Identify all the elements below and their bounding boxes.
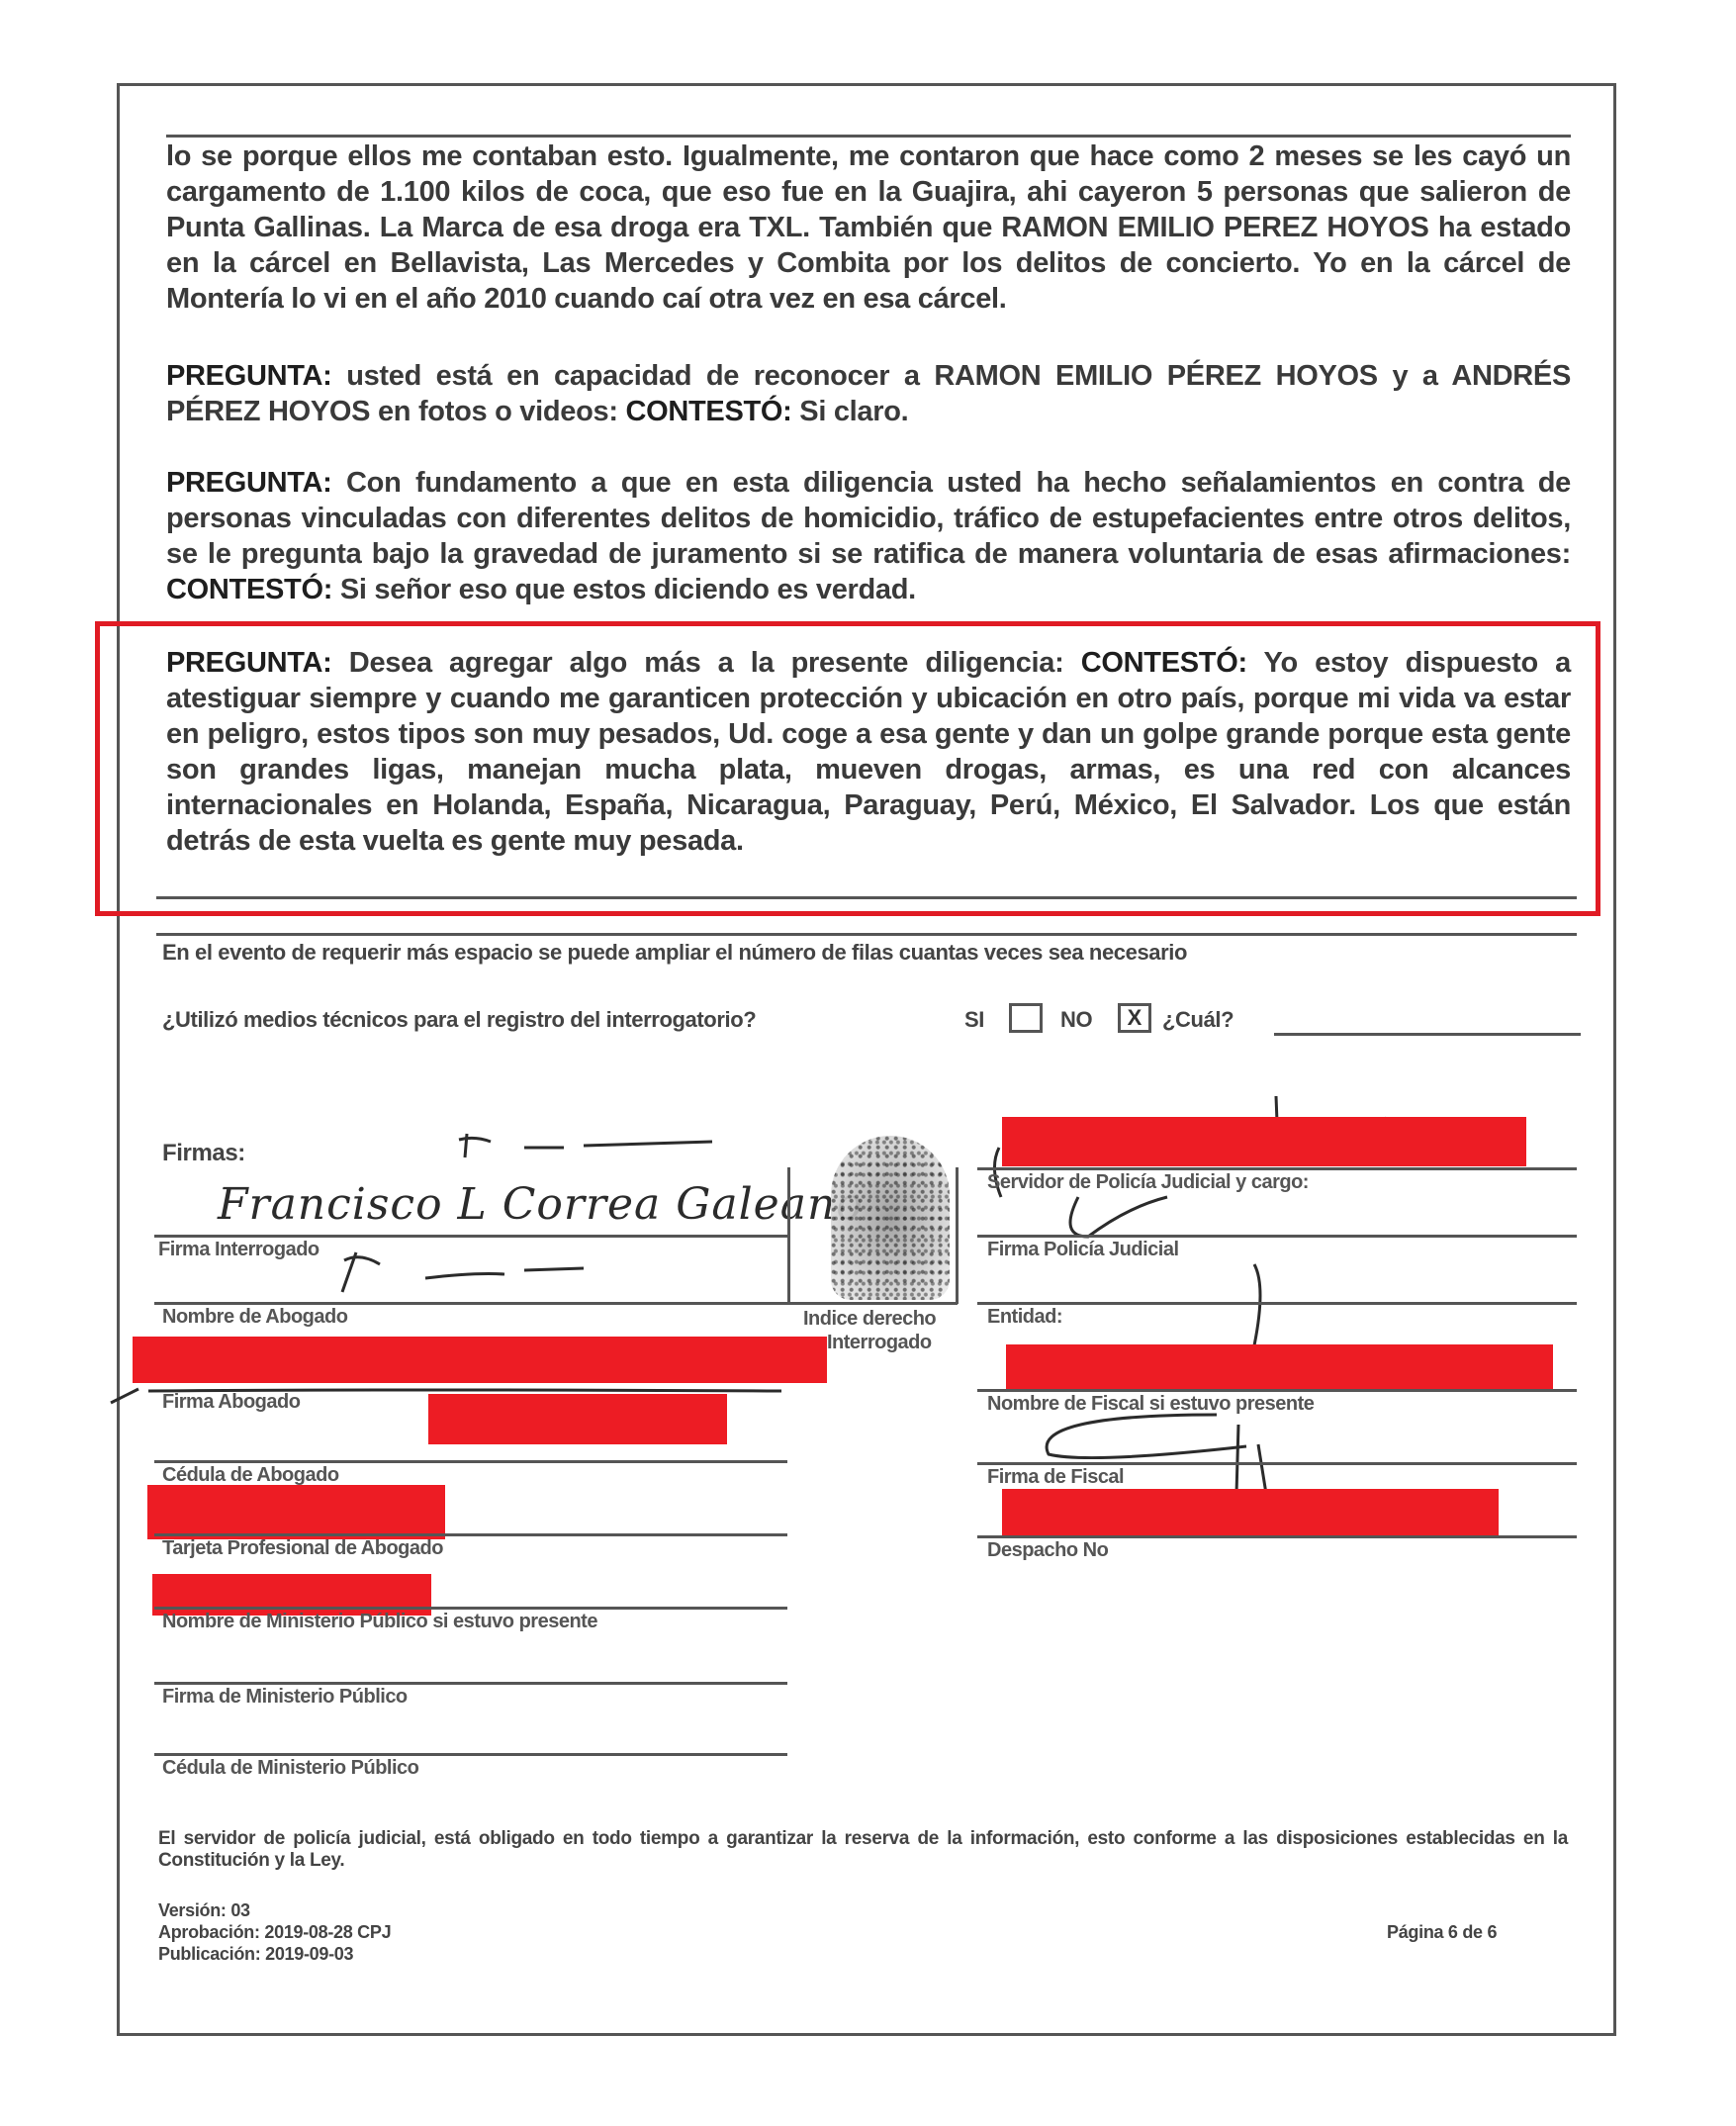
question-label: PREGUNTA: [166,647,332,679]
tarjeta-profesional-label: Tarjeta Profesional de Abogado [162,1537,443,1560]
firmas-label: Firmas: [162,1140,245,1167]
nombre-abogado-label: Nombre de Abogado [162,1306,347,1329]
question-label: PREGUNTA: [166,360,332,392]
answer-text: Si claro. [792,396,909,427]
confidentiality-note: El servidor de policía judicial, está ob… [158,1828,1568,1872]
fingerprint-image [831,1136,950,1300]
question-label: PREGUNTA: [166,467,332,499]
nombre-fiscal-line[interactable] [977,1389,1577,1392]
signature-scribble-icon [455,1128,732,1167]
check-mark-x: X [1128,1005,1142,1030]
firma-ministerio-label: Firma de Ministerio Público [162,1686,408,1709]
redaction-servidor [1002,1117,1526,1166]
no-label: NO [1060,1007,1092,1033]
section-rule [156,933,1577,936]
firma-policia-line[interactable] [977,1235,1577,1238]
extra-space-note: En el evento de requerir más espacio se … [162,940,1187,966]
firma-interrogado-line[interactable] [154,1235,787,1238]
cual-label: ¿Cuál? [1162,1007,1233,1033]
question-text: Con fundamento a que en esta diligencia … [166,467,1571,570]
answer-label: CONTESTÓ: [625,396,791,427]
nombre-ministerio-label: Nombre de Ministerio Público si estuvo p… [162,1611,597,1633]
qa-block-1: PREGUNTA: usted está en capacidad de rec… [166,358,1571,429]
cedula-abogado-label: Cédula de Abogado [162,1464,339,1487]
publicacion-text: Publicación: 2019-09-03 [158,1943,353,1965]
nombre-fiscal-label: Nombre de Fiscal si estuvo presente [987,1393,1314,1416]
cual-answer-line[interactable] [1274,1033,1581,1036]
despacho-line[interactable] [977,1535,1577,1538]
entidad-label: Entidad: [987,1306,1062,1329]
redaction-firma-fiscal [1002,1489,1499,1538]
qa-block-3-highlighted: PREGUNTA: Desea agregar algo más a la pr… [166,645,1571,859]
fingerprint-label-2: Interrogado [827,1332,932,1354]
entidad-line[interactable] [977,1302,1577,1305]
technical-means-question: ¿Utilizó medios técnicos para el registr… [162,1007,756,1033]
nombre-ministerio-line[interactable] [154,1607,787,1610]
paragraph-1-text: lo se porque ellos me contaban esto. Igu… [166,140,1571,315]
firma-interrogado-label: Firma Interrogado [158,1239,320,1261]
si-checkbox[interactable] [1009,1003,1043,1033]
paragraph-continuation: lo se porque ellos me contaban esto. Igu… [166,139,1571,317]
question-text: Desea agregar algo más a la presente dil… [332,647,1081,679]
version-text: Versión: 03 [158,1899,250,1921]
firma-ministerio-line[interactable] [154,1682,787,1685]
answer-text: Si señor eso que estos diciendo es verda… [332,574,916,605]
box-divider [956,1167,959,1304]
firma-policia-label: Firma Policía Judicial [987,1239,1179,1261]
servidor-line[interactable] [977,1167,1577,1170]
answer-label: CONTESTÓ: [166,574,332,605]
servidor-label: Servidor de Policía Judicial y cargo: [987,1171,1309,1194]
tarjeta-profesional-line[interactable] [154,1533,787,1536]
cedula-abogado-line[interactable] [154,1460,787,1463]
aprobacion-text: Aprobación: 2019-08-28 CPJ [158,1921,391,1943]
qa-block-2: PREGUNTA: Con fundamento a que en esta d… [166,465,1571,607]
page-number: Página 6 de 6 [1387,1921,1497,1943]
box-divider [787,1167,790,1304]
answer-label: CONTESTÓ: [1081,647,1247,679]
no-checkbox[interactable]: X [1118,1003,1151,1033]
signature-scribble-icon [336,1248,594,1298]
cedula-ministerio-label: Cédula de Ministerio Público [162,1757,418,1780]
section-rule [156,896,1577,899]
si-label: SI [964,1007,984,1033]
firma-fiscal-label: Firma de Fiscal [987,1466,1124,1489]
nombre-abogado-line[interactable] [154,1302,958,1305]
cedula-ministerio-line[interactable] [154,1753,787,1756]
firma-fiscal-line[interactable] [977,1462,1577,1465]
firma-abogado-label: Firma Abogado [162,1391,300,1414]
despacho-label: Despacho No [987,1539,1108,1562]
fingerprint-label: Indice derecho [803,1308,936,1331]
interrogado-handwritten-name: Francisco L Correa Galeano [218,1179,864,1230]
redaction-firma-abogado [428,1394,727,1444]
redaction-entidad [1006,1344,1553,1392]
redaction-cedula-abogado [147,1485,445,1539]
top-rule [166,135,1571,138]
